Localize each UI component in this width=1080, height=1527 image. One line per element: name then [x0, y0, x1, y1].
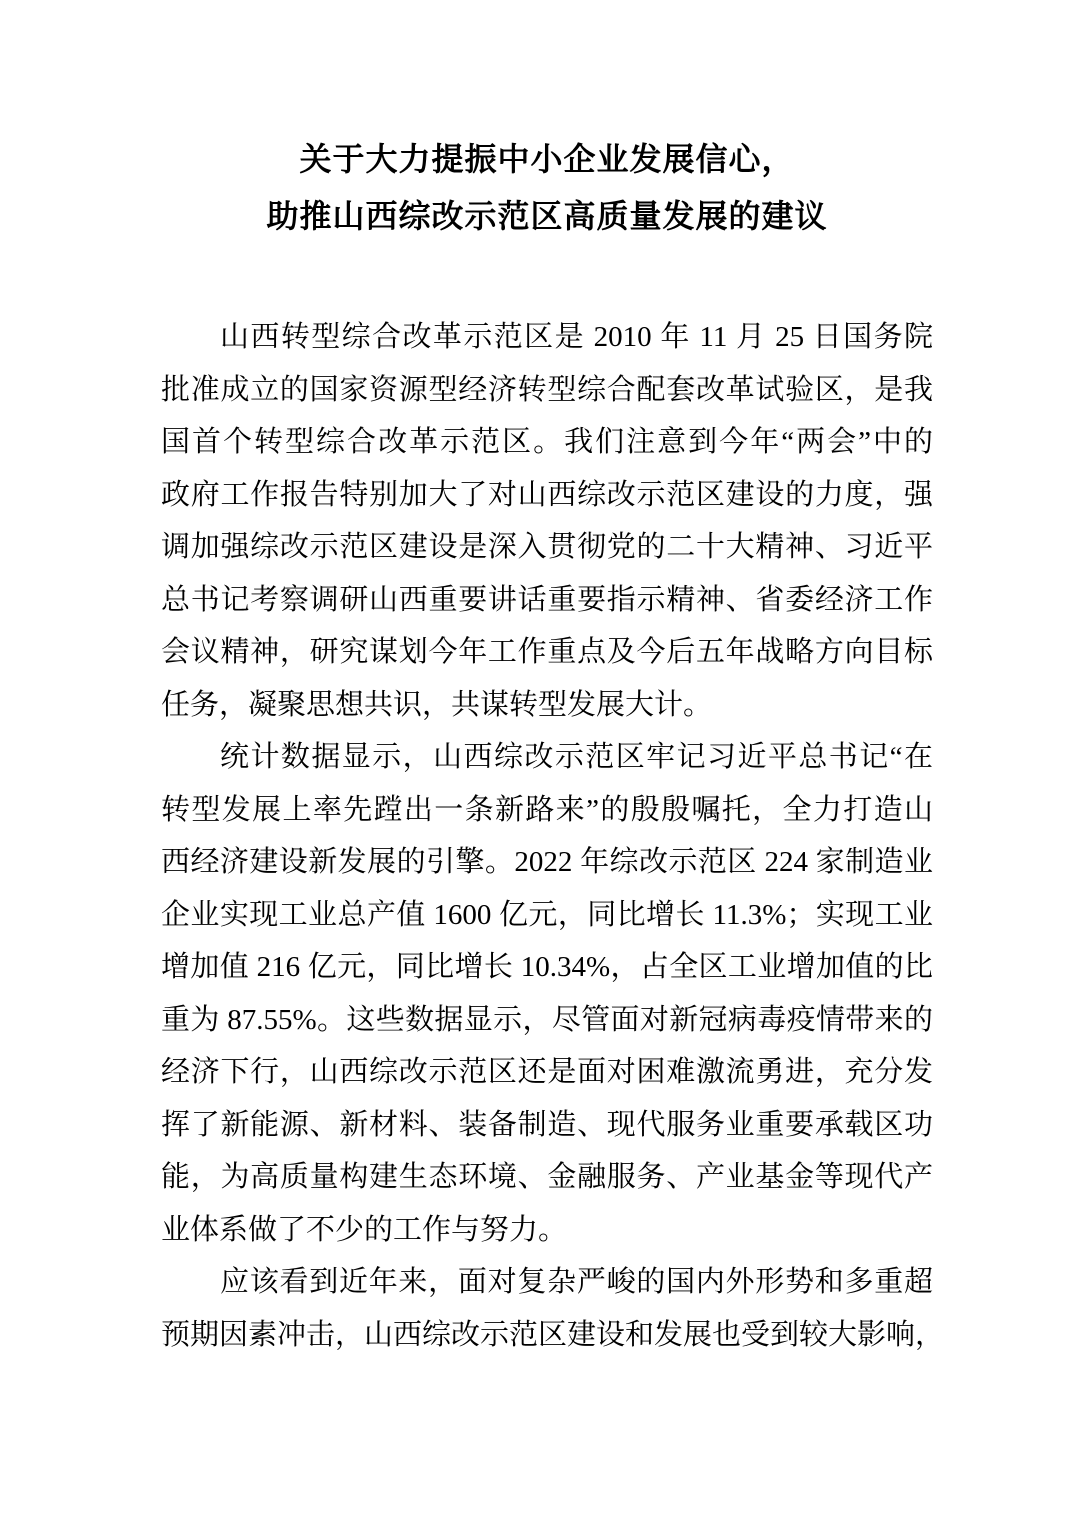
- document-body: 山西转型综合改革示范区是 2010 年 11 月 25 日国务院批准成立的国家资…: [161, 311, 933, 1361]
- text-line: 增加值 216 亿元，同比增长 10.34%，占全区工业增加值的比: [161, 941, 933, 994]
- text-line: 西经济建设新发展的引擎。2022 年综改示范区 224 家制造业: [161, 836, 933, 889]
- document-page: 关于大力提振中小企业发展信心， 助推山西综改示范区高质量发展的建议 山西转型综合…: [0, 0, 1080, 1527]
- document-title-line-2: 助推山西综改示范区高质量发展的建议: [161, 188, 933, 245]
- text-line: 挥了新能源、新材料、装备制造、现代服务业重要承载区功: [161, 1099, 933, 1152]
- text-line: 转型发展上率先蹚出一条新路来”的殷殷嘱托，全力打造山: [161, 784, 933, 837]
- text-line: 政府工作报告特别加大了对山西综改示范区建设的力度，强: [161, 469, 933, 522]
- text-line: 山西转型综合改革示范区是 2010 年 11 月 25 日国务院: [161, 311, 933, 364]
- text-line: 任务，凝聚思想共识，共谋转型发展大计。: [161, 679, 933, 732]
- text-line: 业体系做了不少的工作与努力。: [161, 1204, 933, 1257]
- document-title-line-1: 关于大力提振中小企业发展信心，: [161, 131, 933, 188]
- text-line: 经济下行，山西综改示范区还是面对困难激流勇进，充分发: [161, 1046, 933, 1099]
- text-line: 统计数据显示，山西综改示范区牢记习近平总书记“在: [161, 731, 933, 784]
- text-line: 批准成立的国家资源型经济转型综合配套改革试验区，是我: [161, 364, 933, 417]
- text-line: 重为 87.55%。这些数据显示，尽管面对新冠病毒疫情带来的: [161, 994, 933, 1047]
- document-title: 关于大力提振中小企业发展信心， 助推山西综改示范区高质量发展的建议: [161, 131, 933, 245]
- text-line: 能，为高质量构建生态环境、金融服务、产业基金等现代产: [161, 1151, 933, 1204]
- text-line: 国首个转型综合改革示范区。我们注意到今年“两会”中的: [161, 416, 933, 469]
- text-line: 应该看到近年来，面对复杂严峻的国内外形势和多重超: [161, 1256, 933, 1309]
- text-line: 总书记考察调研山西重要讲话重要指示精神、省委经济工作: [161, 574, 933, 627]
- document-content: 关于大力提振中小企业发展信心， 助推山西综改示范区高质量发展的建议 山西转型综合…: [0, 0, 1080, 1361]
- text-line: 调加强综改示范区建设是深入贯彻党的二十大精神、习近平: [161, 521, 933, 574]
- text-line: 企业实现工业总产值 1600 亿元，同比增长 11.3%；实现工业: [161, 889, 933, 942]
- text-line: 会议精神，研究谋划今年工作重点及今后五年战略方向目标: [161, 626, 933, 679]
- text-line: 预期因素冲击，山西综改示范区建设和发展也受到较大影响，: [161, 1309, 933, 1362]
